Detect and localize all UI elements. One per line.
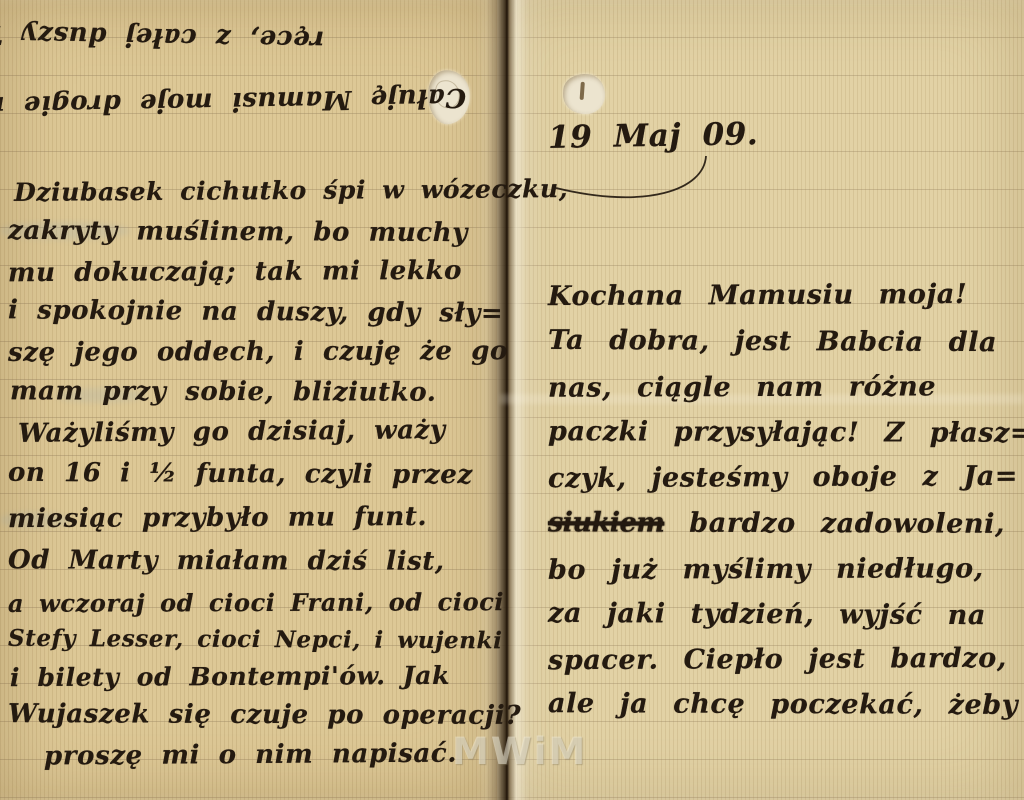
handwriting-line: i bilety od Bontempi'ów. Jak [10,661,450,692]
handwriting-line: on 16 i ½ funta, czyli przez [8,458,473,490]
handwriting-line: miesiąc przybyło mu funt. [8,502,427,534]
handwriting-line: Wujaszek się czuje po operacji? [8,699,521,731]
handwriting-line: Ta dobra, jest Babcia dla [548,325,997,358]
handwriting-line: i spokojnie na duszy, gdy sły= [8,295,503,328]
handwriting-line: Ważyliśmy go dzisiaj, waży [18,415,446,449]
handwriting-line: Kochana Mamusiu moja! [548,279,968,312]
handwriting-line: proszę mi o nim napisać. [44,739,457,772]
handwriting-line: nas, ciągle nam różne [548,371,936,403]
handwriting-line: szę jego oddech, i czuję że go [8,336,508,368]
handwriting-line-with-strikethrough: siukiem bardzo zadowoleni, [548,507,1005,540]
date-heading: 19 Maj 09. [548,116,759,156]
handwriting-line: Dziubasek cichutko śpi w wózeczku, [14,174,568,207]
handwriting-line: Stefy Lesser, cioci Nepci, i wujenki [8,625,503,655]
notebook-spread: ręce, z całej duszy Twoja Całuję Mamusi … [0,0,1024,800]
handwriting-line: mam przy sobie, bliziutko. [10,376,437,407]
handwriting-line: paczki przysyłając! Z płasz= [548,416,1024,449]
struck-word: siukiem [548,507,664,538]
inverted-handwriting-line: ręce, z całej duszy Twoja [8,19,324,55]
handwriting-line: ale ja chcę poczekać, żeby [548,688,1018,721]
watermark: MWiM [452,730,587,773]
handwriting-line: spacer. Ciepło jest bardzo, [548,643,1007,676]
handwriting-line: Od Marty miałam dziś list, [8,545,445,577]
handwriting-line: czyk, jesteśmy oboje z Ja= [548,461,1018,494]
handwriting-line: za jaki tydzień, wyjść na [548,598,986,631]
handwriting-line: a wczoraj od cioci Frani, od cioci [8,587,504,618]
paper-damage-detail [580,82,585,100]
handwriting-line: mu dokuczają; tak mi lekko [8,256,462,288]
handwriting-line: bo już myślimy niedługo, [548,553,984,586]
handwriting-line: zakryty muślinem, bo muchy [8,216,468,248]
line-rest: bardzo zadowoleni, [664,508,1005,540]
